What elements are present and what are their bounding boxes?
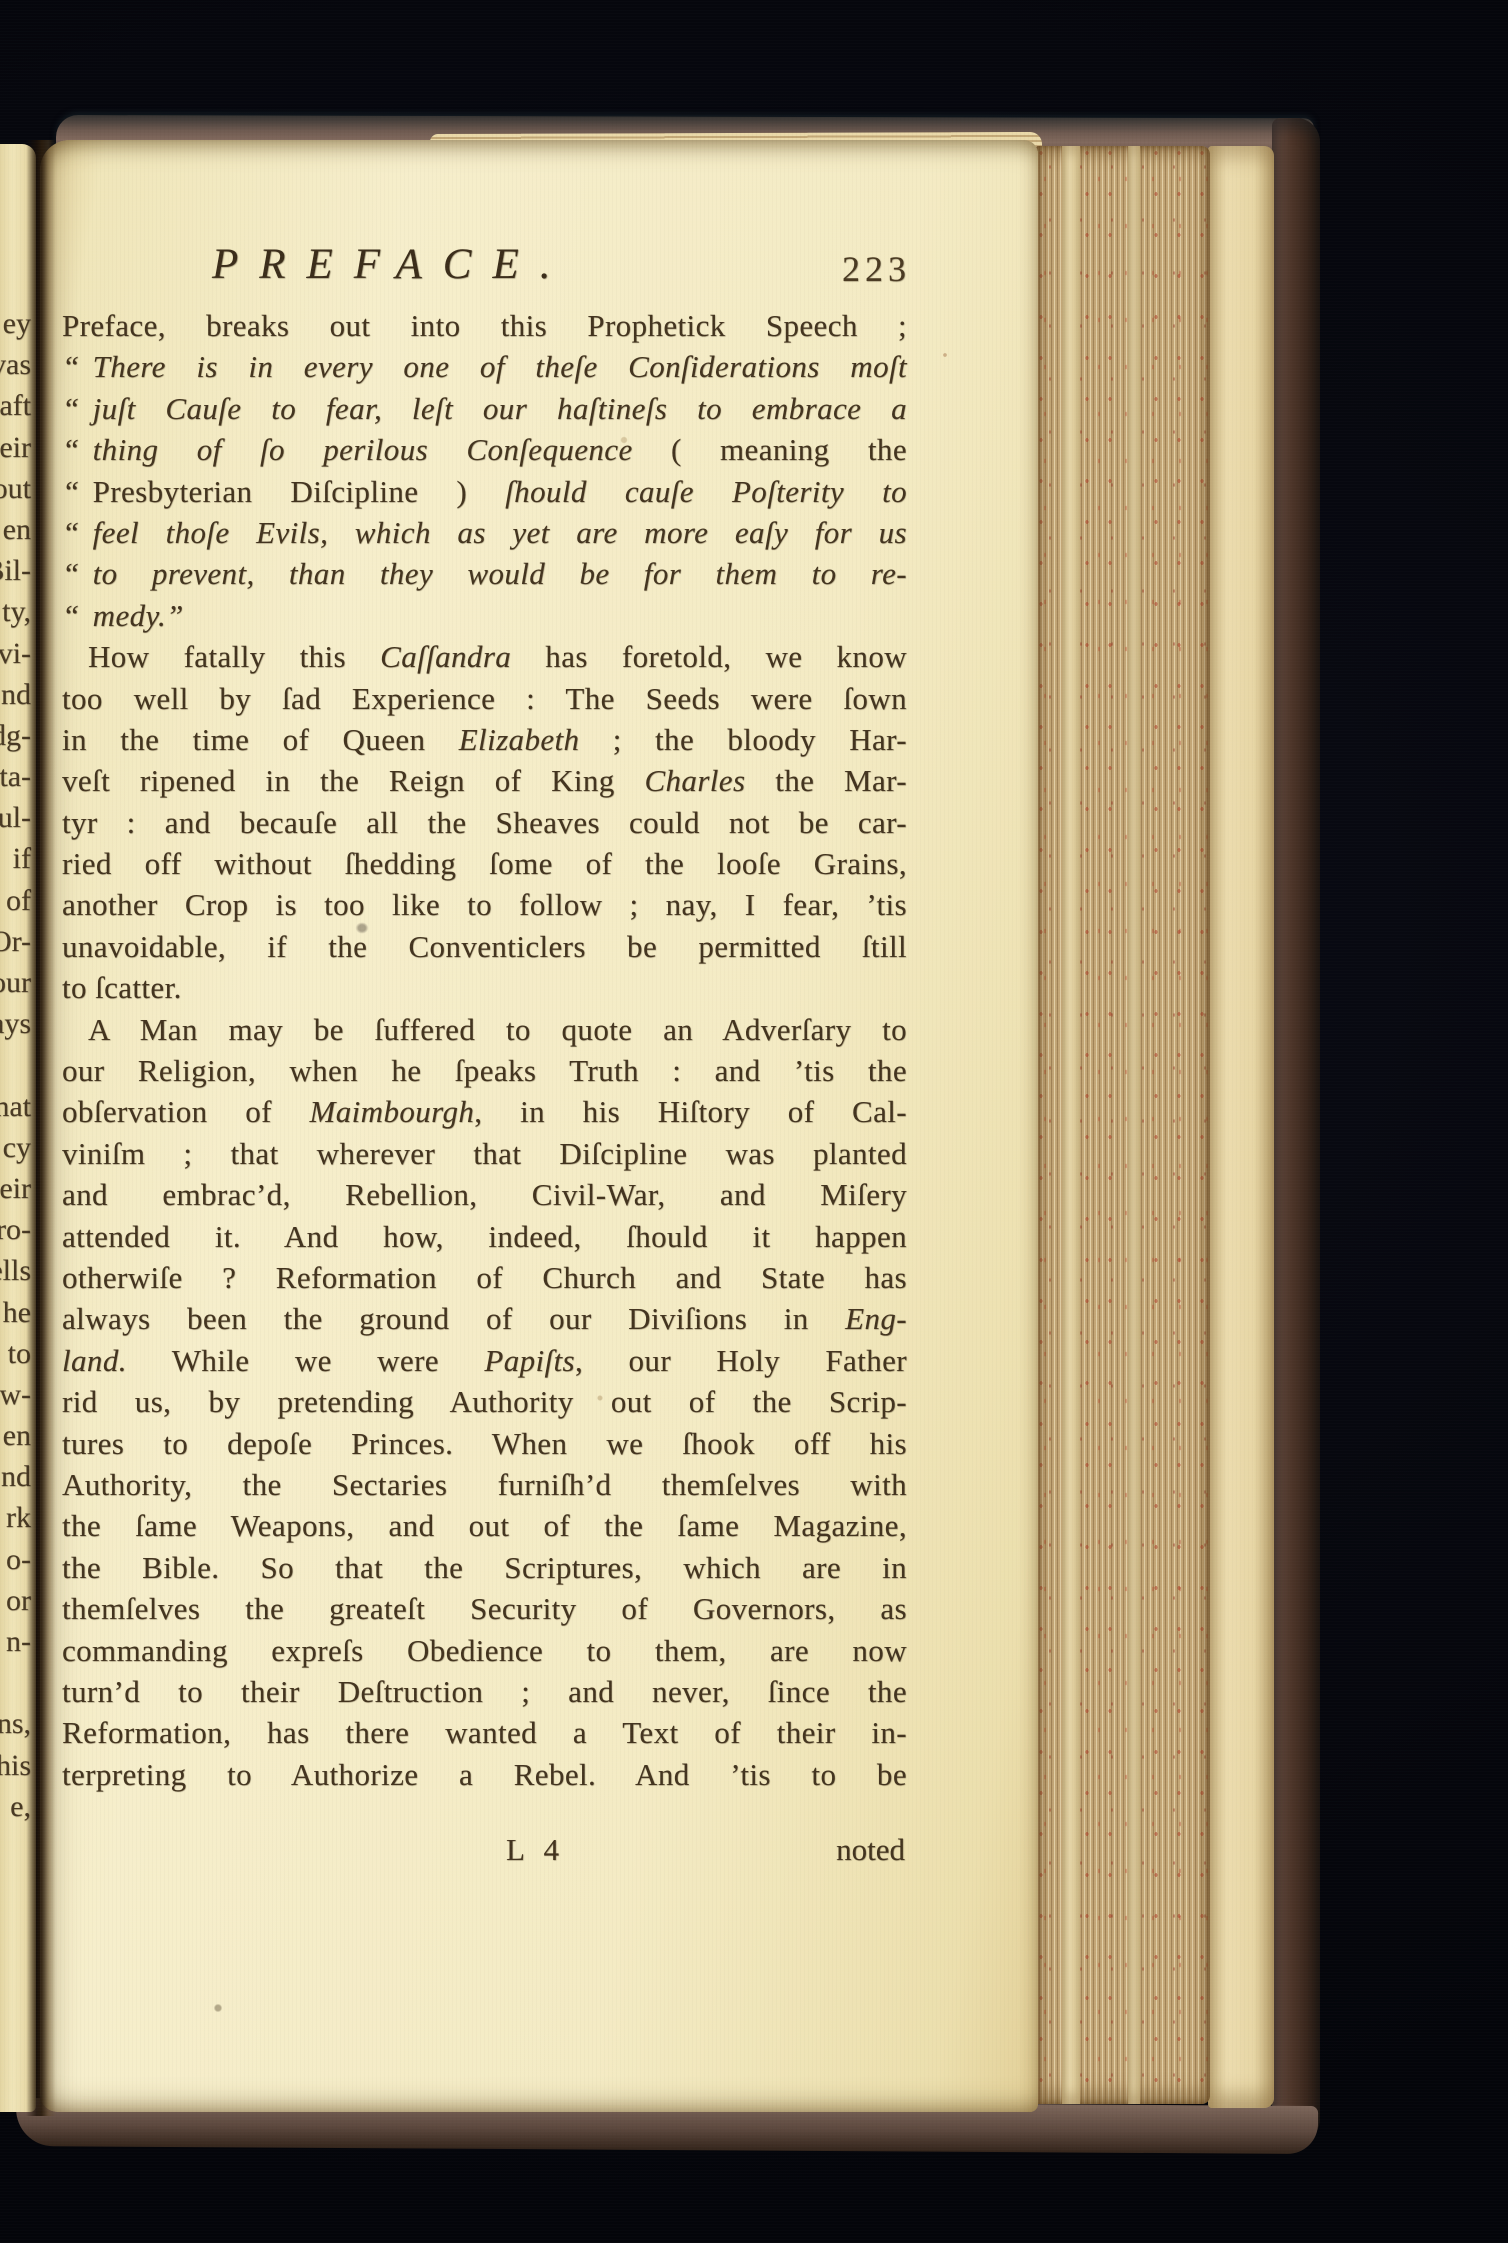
quote-mark: “	[62, 474, 80, 509]
text-line: “juſt Cauſe to fear, leſt our haſtineſs …	[62, 388, 907, 429]
quote-mark: “	[62, 556, 80, 591]
quote-mark: “	[62, 349, 80, 384]
facing-page-fragment: eir	[0, 1168, 36, 1209]
quote-mark: “	[62, 598, 80, 633]
text-line: Reformation, has there wanted a Text of …	[62, 1712, 907, 1753]
facing-page-fragment: nat	[0, 1086, 36, 1127]
text-segment: otherwiſe ? Reformation of Church and St…	[62, 1260, 907, 1295]
text-segment: rid us, by pretending Authority out of t…	[62, 1384, 907, 1419]
text-segment: Authority, the Sectaries furniſh’d themſ…	[62, 1467, 907, 1502]
facing-page-text-fragments: eyvasafteiroutenBil-ty,vi-nddg-ta-ul-ifo…	[0, 303, 36, 1827]
facing-page-fragment: en	[0, 509, 36, 550]
text-line: to ſcatter.	[62, 967, 907, 1008]
text-segment: commanding expreſs Obedience to them, ar…	[62, 1633, 907, 1668]
book-scan-photo: eyvasafteiroutenBil-ty,vi-nddg-ta-ul-ifo…	[0, 0, 1508, 2243]
italic-text-segment: Charles	[644, 763, 745, 798]
text-segment: in the time of Queen	[62, 722, 459, 757]
facing-page-fragment: aft	[0, 385, 36, 426]
facing-page-fragment: he	[0, 1292, 36, 1333]
text-line: unavoidable, if the Conventiclers be per…	[62, 926, 907, 967]
page-body-text: Preface, breaks out into this Prophetick…	[62, 305, 907, 1795]
text-segment: our Religion, when he ſpeaks Truth : and…	[62, 1053, 907, 1088]
facing-page-sliver: eyvasafteiroutenBil-ty,vi-nddg-ta-ul-ifo…	[0, 144, 36, 2112]
italic-text-segment: Elizabeth	[459, 722, 580, 757]
facing-page-fragment	[0, 1662, 36, 1703]
italic-text-segment: juſt Cauſe to fear, leſt our haſtineſs t…	[93, 391, 907, 426]
text-line: veſt ripened in the Reign of King Charle…	[62, 760, 907, 801]
fore-edge-gap	[1128, 146, 1140, 2104]
text-line: in the time of Queen Elizabeth ; the blo…	[62, 719, 907, 760]
text-line: and embrac’d, Rebellion, Civil-War, and …	[62, 1174, 907, 1215]
facing-page-fragment: our	[0, 962, 36, 1003]
page-number: 223	[842, 248, 911, 290]
text-line: commanding expreſs Obedience to them, ar…	[62, 1630, 907, 1671]
endpaper-leaf	[1208, 146, 1274, 2108]
facing-page-fragment: en	[0, 1415, 36, 1456]
signature-mark: L 4	[506, 1832, 565, 1868]
text-line: viniſm ; that wherever that Diſcipline w…	[62, 1133, 907, 1174]
text-line: tures to depoſe Princes. When we ſhook o…	[62, 1423, 907, 1464]
facing-page-fragment: nd	[0, 674, 36, 715]
facing-page-fragment: ta-	[0, 756, 36, 797]
facing-page-fragment: his	[0, 1745, 36, 1786]
text-segment: attended it. And how, indeed, ſhould it …	[62, 1219, 907, 1254]
facing-page-fragment: ul-	[0, 797, 36, 838]
facing-page-fragment: ty,	[0, 591, 36, 632]
text-segment: the ſame Weapons, and out of the ſame Ma…	[62, 1508, 907, 1543]
text-line: “to prevent, than they would be for them…	[62, 553, 907, 594]
italic-text-segment: Eng-	[845, 1301, 907, 1336]
facing-page-fragment: nd	[0, 1456, 36, 1497]
text-line: rid us, by pretending Authority out of t…	[62, 1381, 907, 1422]
italic-text-segment: Maimbourgh	[310, 1094, 475, 1129]
facing-page-fragment: o-	[0, 1539, 36, 1580]
facing-page-fragment: if	[0, 838, 36, 879]
text-line: another Crop is too like to follow ; nay…	[62, 884, 907, 925]
text-line: otherwiſe ? Reformation of Church and St…	[62, 1257, 907, 1298]
text-segment: While we were	[127, 1343, 484, 1378]
text-line: the Bible. So that the Scriptures, which…	[62, 1547, 907, 1588]
text-segment: always been the ground of our Diviſions …	[62, 1301, 845, 1336]
text-segment: themſelves the greateſt Security of Gove…	[62, 1591, 907, 1626]
facing-page-fragment: ells	[0, 1250, 36, 1291]
italic-text-segment: Caſſandra	[380, 639, 511, 674]
text-line: ried off without ſhedding ſome of the lo…	[62, 843, 907, 884]
text-line: land. While we were Papiſts, our Holy Fa…	[62, 1340, 907, 1381]
facing-page-fragment: n-	[0, 1621, 36, 1662]
page-fore-edge-stack	[1036, 146, 1210, 2104]
text-line: “medy.”	[62, 595, 907, 636]
signature-line: L 4 noted	[62, 1832, 907, 1876]
text-line: “thing of ſo perilous Conſequence ( mean…	[62, 429, 907, 470]
facing-page-fragment: out	[0, 468, 36, 509]
facing-page-fragment: Bil-	[0, 550, 36, 591]
text-segment: tyr : and becauſe all the Sheaves could …	[62, 805, 907, 840]
book-cover-right-edge	[1272, 118, 1320, 2146]
text-segment: Reformation, has there wanted a Text of …	[62, 1715, 907, 1750]
text-line: “feel thoſe Evils, which as yet are more…	[62, 512, 907, 553]
text-segment: terpreting to Authorize a Rebel. And ’ti…	[62, 1757, 907, 1792]
text-line: tyr : and becauſe all the Sheaves could …	[62, 802, 907, 843]
text-line: A Man may be ſuffered to quote an Adverſ…	[62, 1009, 907, 1050]
text-segment: the Bible. So that the Scriptures, which…	[62, 1550, 907, 1585]
text-line: obſervation of Maimbourgh, in his Hiſtor…	[62, 1091, 907, 1132]
facing-page-fragment: to	[0, 1333, 36, 1374]
text-line: “There is in every one of theſe Conſider…	[62, 346, 907, 387]
italic-text-segment: medy.”	[93, 598, 184, 633]
text-line: Authority, the Sectaries furniſh’d themſ…	[62, 1464, 907, 1505]
italic-text-segment: There is in every one of theſe Conſidera…	[93, 349, 907, 384]
facing-page-fragment: vi-	[0, 633, 36, 674]
page-title: PREFACE.	[212, 240, 571, 289]
text-segment: ried off without ſhedding ſome of the lo…	[62, 846, 907, 881]
facing-page-fragment: ays	[0, 1003, 36, 1044]
text-segment: viniſm ; that wherever that Diſcipline w…	[62, 1136, 907, 1171]
italic-text-segment: thing of ſo perilous Conſequence	[93, 432, 671, 467]
text-line: the ſame Weapons, and out of the ſame Ma…	[62, 1505, 907, 1546]
text-segment: and embrac’d, Rebellion, Civil-War, and …	[62, 1177, 907, 1212]
italic-text-segment: to prevent, than they would be for them …	[93, 556, 907, 591]
text-segment: too well by ſad Experience : The Seeds w…	[62, 681, 907, 716]
text-segment: Presbyterian Diſcipline )	[93, 474, 506, 509]
facing-page-fragment: eir	[0, 427, 36, 468]
text-segment: has foretold, we know	[511, 639, 907, 674]
text-line: “Presbyterian Diſcipline ) ſhould cauſe …	[62, 471, 907, 512]
text-line: Preface, breaks out into this Prophetick…	[62, 305, 907, 346]
facing-page-fragment: of	[0, 880, 36, 921]
facing-page-fragment: dg-	[0, 715, 36, 756]
facing-page-fragment: ey	[0, 303, 36, 344]
facing-page-fragment: vas	[0, 344, 36, 385]
text-line: themſelves the greateſt Security of Gove…	[62, 1588, 907, 1629]
facing-page-fragment: or	[0, 1580, 36, 1621]
text-segment: Preface, breaks out into this Prophetick…	[62, 308, 907, 343]
text-segment: turn’d to their Deſtruction ; and never,…	[62, 1674, 907, 1709]
text-line: always been the ground of our Diviſions …	[62, 1298, 907, 1339]
italic-text-segment: land.	[62, 1343, 127, 1378]
text-line: turn’d to their Deſtruction ; and never,…	[62, 1671, 907, 1712]
facing-page-fragment: rk	[0, 1497, 36, 1538]
facing-page-fragment: Or-	[0, 921, 36, 962]
facing-page-fragment: w-	[0, 1374, 36, 1415]
facing-page-fragment: cy	[0, 1127, 36, 1168]
italic-text-segment: ſhould cauſe Poſterity to	[505, 474, 907, 509]
quote-mark: “	[62, 391, 80, 426]
fore-edge-gap	[1062, 146, 1080, 2104]
book-page: PREFACE. 223 Preface, breaks out into th…	[40, 140, 1038, 2112]
text-line: our Religion, when he ſpeaks Truth : and…	[62, 1050, 907, 1091]
text-line: How fatally this Caſſandra has foretold,…	[62, 636, 907, 677]
text-segment: to ſcatter.	[62, 970, 182, 1005]
text-segment: the Mar-	[745, 763, 907, 798]
page-header: PREFACE. 223	[62, 240, 912, 304]
text-segment: A Man may be ſuffered to quote an Adverſ…	[88, 1012, 907, 1047]
italic-text-segment: Papiſts	[484, 1343, 575, 1378]
facing-page-fragment: ns,	[0, 1703, 36, 1744]
quote-mark: “	[62, 432, 80, 467]
facing-page-fragment: e,	[0, 1786, 36, 1827]
text-segment: , in his Hiſtory of Cal-	[474, 1094, 907, 1129]
text-segment: veſt ripened in the Reign of King	[62, 763, 644, 798]
text-segment: ( meaning the	[671, 432, 907, 467]
facing-page-fragment	[0, 1044, 36, 1085]
text-line: terpreting to Authorize a Rebel. And ’ti…	[62, 1754, 907, 1795]
text-line: too well by ſad Experience : The Seeds w…	[62, 678, 907, 719]
text-segment: obſervation of	[62, 1094, 310, 1129]
italic-text-segment: feel thoſe Evils, which as yet are more …	[93, 515, 907, 550]
text-segment: How fatally this	[88, 639, 380, 674]
quote-mark: “	[62, 515, 80, 550]
text-segment: ; the bloody Har-	[579, 722, 907, 757]
text-line: attended it. And how, indeed, ſhould it …	[62, 1216, 907, 1257]
catchword: noted	[836, 1832, 905, 1868]
facing-page-fragment: ro-	[0, 1209, 36, 1250]
text-segment: tures to depoſe Princes. When we ſhook o…	[62, 1426, 907, 1461]
text-segment: another Crop is too like to follow ; nay…	[62, 887, 907, 922]
text-segment: , our Holy Father	[575, 1343, 907, 1378]
text-segment: unavoidable, if the Conventiclers be per…	[62, 929, 907, 964]
